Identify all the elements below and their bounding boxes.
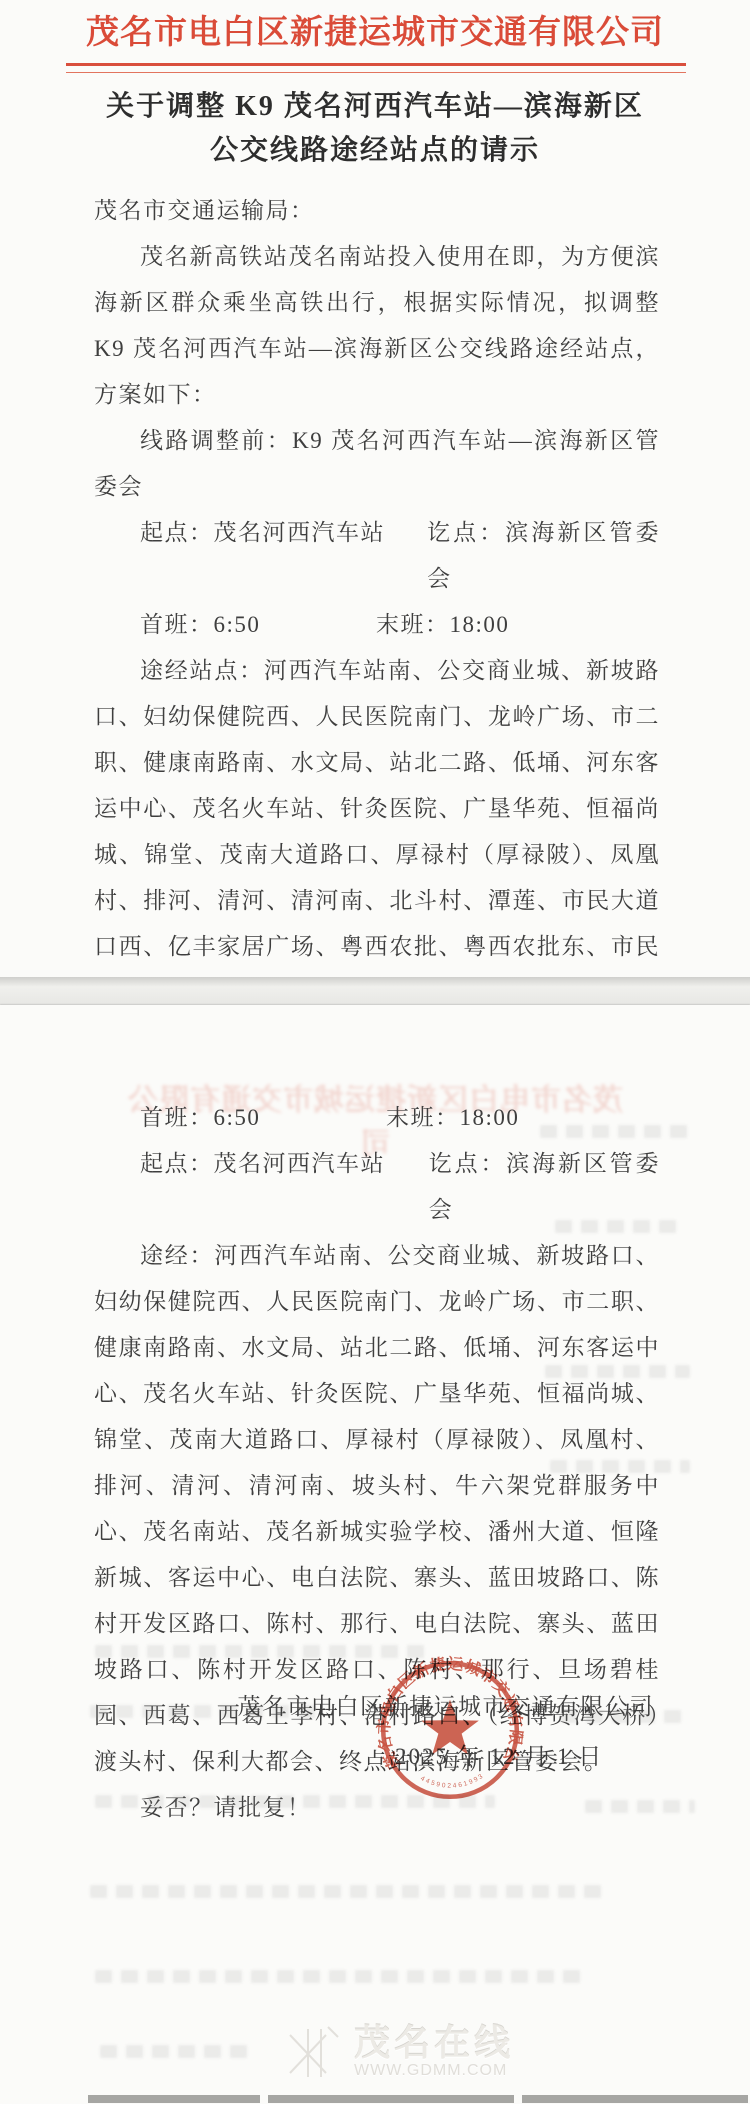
first-bus-label: 首班：6:50: [140, 1095, 386, 1141]
bleed-through-ghost: [100, 2045, 250, 2058]
salutation: 茂名市交通运输局：: [94, 188, 660, 234]
terminus-label: 讫点：滨海新区管委会: [429, 1141, 660, 1233]
last-bus-label: 末班：18:00: [386, 1095, 519, 1141]
official-red-seal: 茂名市电白区新捷运城市交通有限公司 4459024619930: [364, 1644, 536, 1816]
intro-paragraph: 茂名新高铁站茂名南站投入使用在即，为方便滨海新区群众乘坐高铁出行，根据实际情况，…: [94, 234, 660, 418]
seal-star-icon: [421, 1700, 479, 1755]
bottom-edge-bar: [268, 2095, 514, 2103]
bleed-through-ghost: [95, 1970, 585, 1983]
first-last-bus-row: 首班：6:50 末班：18:00: [94, 1095, 660, 1141]
document-page-2: 茂名市电白区新捷运城市交通有限公司 首班：6:50 末班：18:00 起点：茂名…: [0, 1005, 750, 2104]
first-last-bus-row: 首班：6:50 末班：18:00: [94, 602, 660, 648]
page-break-shadow: [0, 977, 750, 1005]
letterhead-org-name: 茂名市电白区新捷运城市交通有限公司: [0, 6, 750, 53]
letterhead-divider: [66, 63, 686, 73]
watermark-site-name: 茂名在线: [354, 2024, 514, 2062]
origin-terminus-row: 起点：茂名河西汽车站 讫点：滨海新区管委会: [94, 510, 660, 602]
watermark-logo-icon: [288, 2023, 344, 2081]
bottom-edge-bar: [88, 2095, 260, 2103]
document-title-line1: 关于调整 K9 茂名河西汽车站—滨海新区: [0, 84, 750, 124]
route-before-line: 线路调整前：K9 茂名河西汽车站—滨海新区管委会: [94, 418, 660, 510]
last-bus-label: 末班：18:00: [376, 602, 509, 648]
bottom-edge-bar: [522, 2095, 748, 2103]
origin-terminus-row: 起点：茂名河西汽车站 讫点：滨海新区管委会: [94, 1141, 660, 1233]
document-page-1: 茂名市电白区新捷运城市交通有限公司 关于调整 K9 茂名河西汽车站—滨海新区 公…: [0, 0, 750, 977]
origin-label: 起点：茂名河西汽车站: [140, 510, 427, 602]
first-bus-label: 首班：6:50: [140, 602, 376, 648]
watermark-site-url: WWW.GDMM.COM: [354, 2062, 514, 2080]
site-watermark: 茂名在线 WWW.GDMM.COM: [288, 2023, 514, 2081]
document-title-line2: 公交线路途经站点的请示: [0, 128, 750, 168]
origin-label: 起点：茂名河西汽车站: [140, 1141, 429, 1233]
terminus-label: 讫点：滨海新区管委会: [427, 510, 660, 602]
bleed-through-ghost: [90, 1885, 610, 1898]
